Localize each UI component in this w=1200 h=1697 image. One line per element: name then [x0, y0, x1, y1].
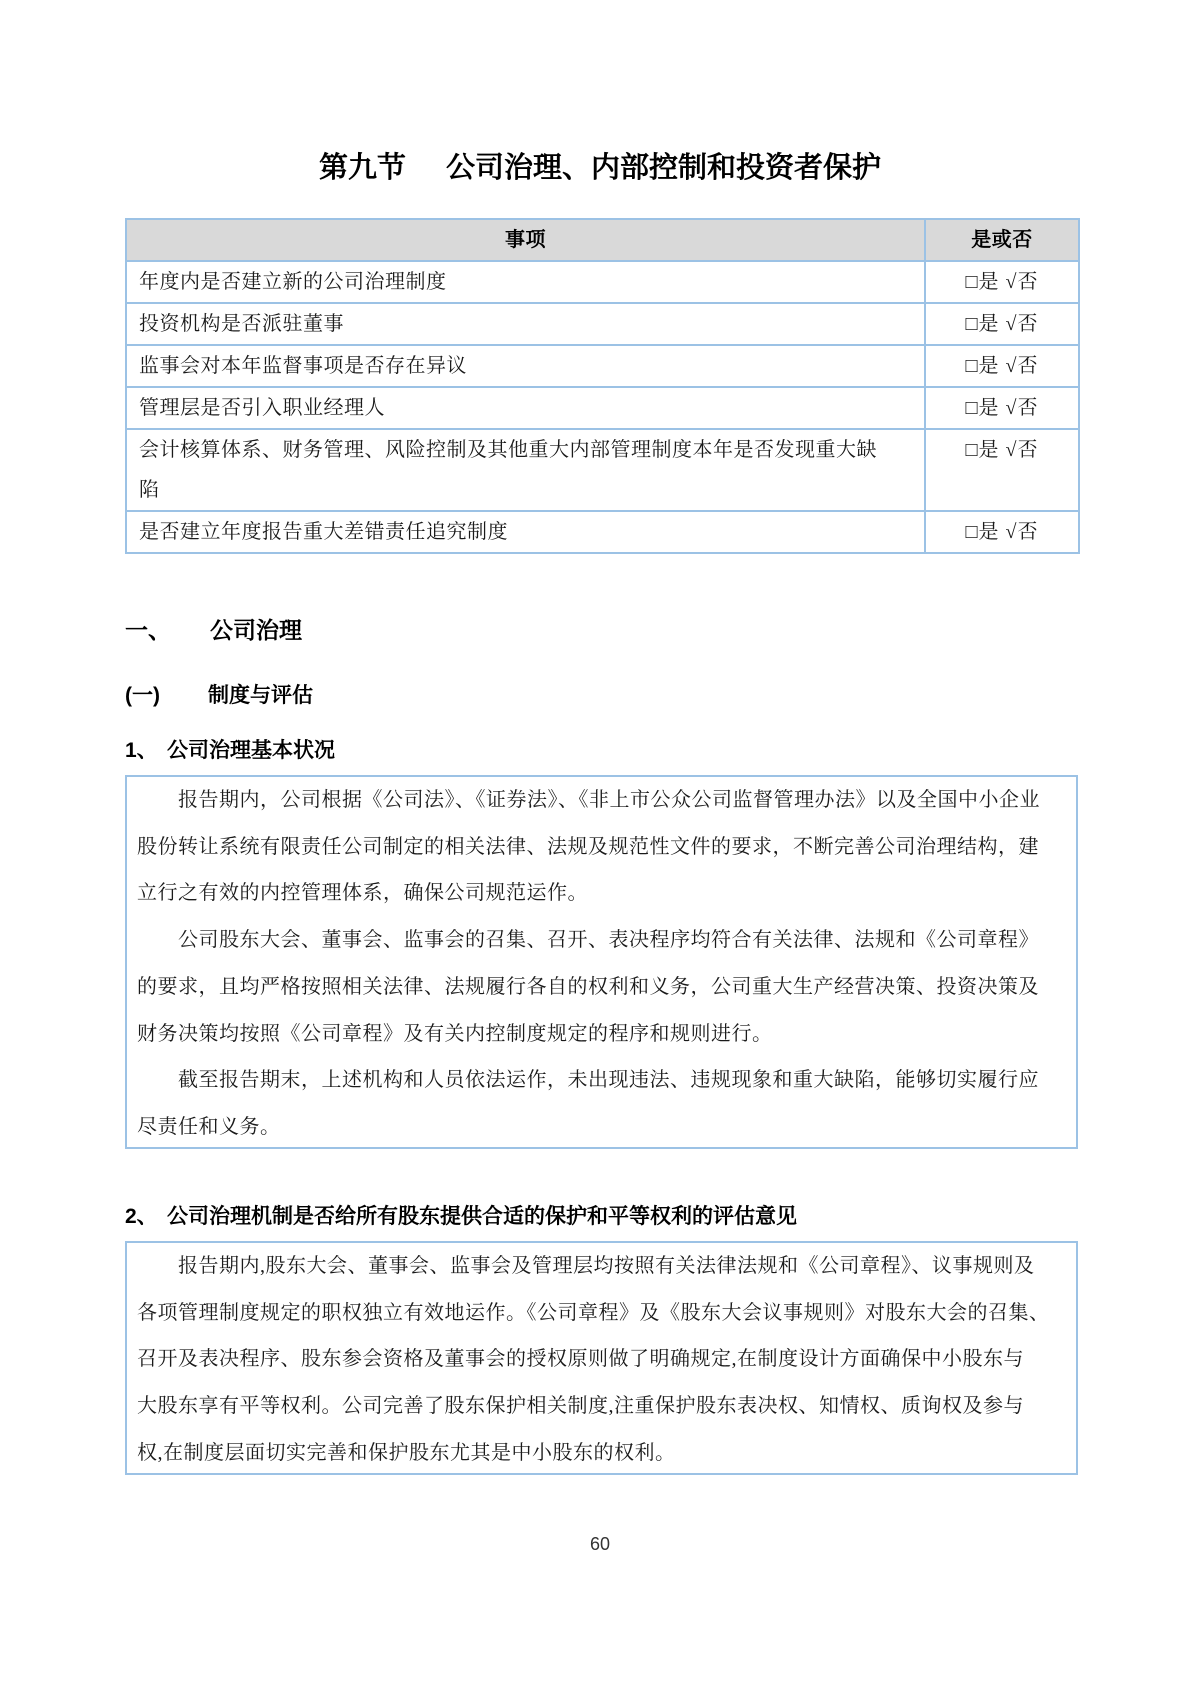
governance-status-textbox: 报告期内，公司根据《公司法》、《证券法》、《非上市公众公司监督管理办法》以及全国… [125, 775, 1078, 1149]
paragraph-line: 截至报告期末，上述机构和人员依法运作，未出现违法、违规现象和重大缺陷，能够切实履… [137, 1057, 1066, 1104]
paragraph-line: 权,在制度层面切实完善和保护股东尤其是中小股东的权利。 [137, 1430, 1066, 1477]
item-cell: 投资机构是否派驻董事 [126, 303, 925, 345]
section-title: 第九节公司治理、内部控制和投资者保护 [0, 146, 1200, 190]
heading-number: 一、 [125, 612, 210, 645]
answer-cell: □是 √否 [925, 261, 1079, 303]
paragraph-line: 立行之有效的内控管理体系，确保公司规范运作。 [137, 870, 1066, 917]
table-row: 监事会对本年监督事项是否存在异议 □是 √否 [126, 345, 1079, 387]
table-row: 管理层是否引入职业经理人 □是 √否 [126, 387, 1079, 429]
paragraph-line: 报告期内,股东大会、董事会、监事会及管理层均按照有关法律法规和《公司章程》、议事… [137, 1243, 1066, 1290]
section-number: 第九节 [319, 152, 406, 184]
column-header-item: 事项 [126, 219, 925, 261]
heading-number: (一) [125, 679, 208, 709]
table-row: 会计核算体系、财务管理、风险控制及其他重大内部管理制度本年是否发现重大缺 陷 □… [126, 429, 1079, 511]
paragraph-line: 的要求，且均严格按照相关法律、法规履行各自的权利和义务，公司重大生产经营决策、投… [137, 964, 1066, 1011]
paragraph-line: 财务决策均按照《公司章程》及有关内控制度规定的程序和规则进行。 [137, 1011, 1066, 1058]
column-header-yes-or-no: 是或否 [925, 219, 1079, 261]
paragraph-line: 尽责任和义务。 [137, 1104, 1066, 1151]
table-row: 是否建立年度报告重大差错责任追究制度 □是 √否 [126, 511, 1079, 553]
paragraph-line: 公司股东大会、董事会、监事会的召集、召开、表决程序均符合有关法律、法规和《公司章… [137, 917, 1066, 964]
paragraph-line: 召开及表决程序、股东参会资格及董事会的授权原则做了明确规定,在制度设计方面确保中… [137, 1336, 1066, 1383]
paragraph-line: 各项管理制度规定的职权独立有效地运作。《公司章程》及《股东大会议事规则》对股东大… [137, 1290, 1066, 1337]
heading-governance-basic-status: 1、公司治理基本状况 [125, 734, 335, 764]
answer-cell: □是 √否 [925, 387, 1079, 429]
paragraph-line: 报告期内，公司根据《公司法》、《证券法》、《非上市公众公司监督管理办法》以及全国… [137, 777, 1066, 824]
item-cell: 年度内是否建立新的公司治理制度 [126, 261, 925, 303]
answer-cell: □是 √否 [925, 303, 1079, 345]
heading-text: 公司治理基本状况 [167, 739, 335, 762]
heading-text: 制度与评估 [208, 684, 313, 707]
table-header-row: 事项 是或否 [126, 219, 1079, 261]
heading-number: 2、 [125, 1200, 167, 1230]
table-row: 年度内是否建立新的公司治理制度 □是 √否 [126, 261, 1079, 303]
heading-text: 公司治理 [210, 617, 302, 643]
paragraph-line: 大股东享有平等权利。公司完善了股东保护相关制度,注重保护股东表决权、知情权、质询… [137, 1383, 1066, 1430]
document-page: 第九节公司治理、内部控制和投资者保护 事项 是或否 年度内是否建立新的公司治理制… [0, 0, 1200, 1697]
heading-system-and-evaluation: (一)制度与评估 [125, 679, 313, 709]
item-cell: 监事会对本年监督事项是否存在异议 [126, 345, 925, 387]
table-row: 投资机构是否派驻董事 □是 √否 [126, 303, 1079, 345]
section-title-text: 公司治理、内部控制和投资者保护 [446, 152, 881, 184]
heading-number: 1、 [125, 734, 167, 764]
page-number: 60 [0, 1534, 1200, 1555]
heading-shareholder-protection-opinion: 2、公司治理机制是否给所有股东提供合适的保护和平等权利的评估意见 [125, 1200, 797, 1230]
heading-text: 公司治理机制是否给所有股东提供合适的保护和平等权利的评估意见 [167, 1205, 797, 1228]
shareholder-protection-textbox: 报告期内,股东大会、董事会、监事会及管理层均按照有关法律法规和《公司章程》、议事… [125, 1241, 1078, 1475]
governance-summary-table: 事项 是或否 年度内是否建立新的公司治理制度 □是 √否 投资机构是否派驻董事 … [125, 218, 1080, 554]
answer-cell: □是 √否 [925, 345, 1079, 387]
heading-corporate-governance: 一、公司治理 [125, 612, 302, 645]
table-body: 年度内是否建立新的公司治理制度 □是 √否 投资机构是否派驻董事 □是 √否 监… [126, 261, 1079, 553]
answer-cell: □是 √否 [925, 511, 1079, 553]
item-cell: 会计核算体系、财务管理、风险控制及其他重大内部管理制度本年是否发现重大缺 陷 [126, 429, 925, 511]
paragraph-line: 股份转让系统有限责任公司制定的相关法律、法规及规范性文件的要求，不断完善公司治理… [137, 824, 1066, 871]
answer-cell: □是 √否 [925, 429, 1079, 511]
item-cell: 是否建立年度报告重大差错责任追究制度 [126, 511, 925, 553]
item-cell: 管理层是否引入职业经理人 [126, 387, 925, 429]
